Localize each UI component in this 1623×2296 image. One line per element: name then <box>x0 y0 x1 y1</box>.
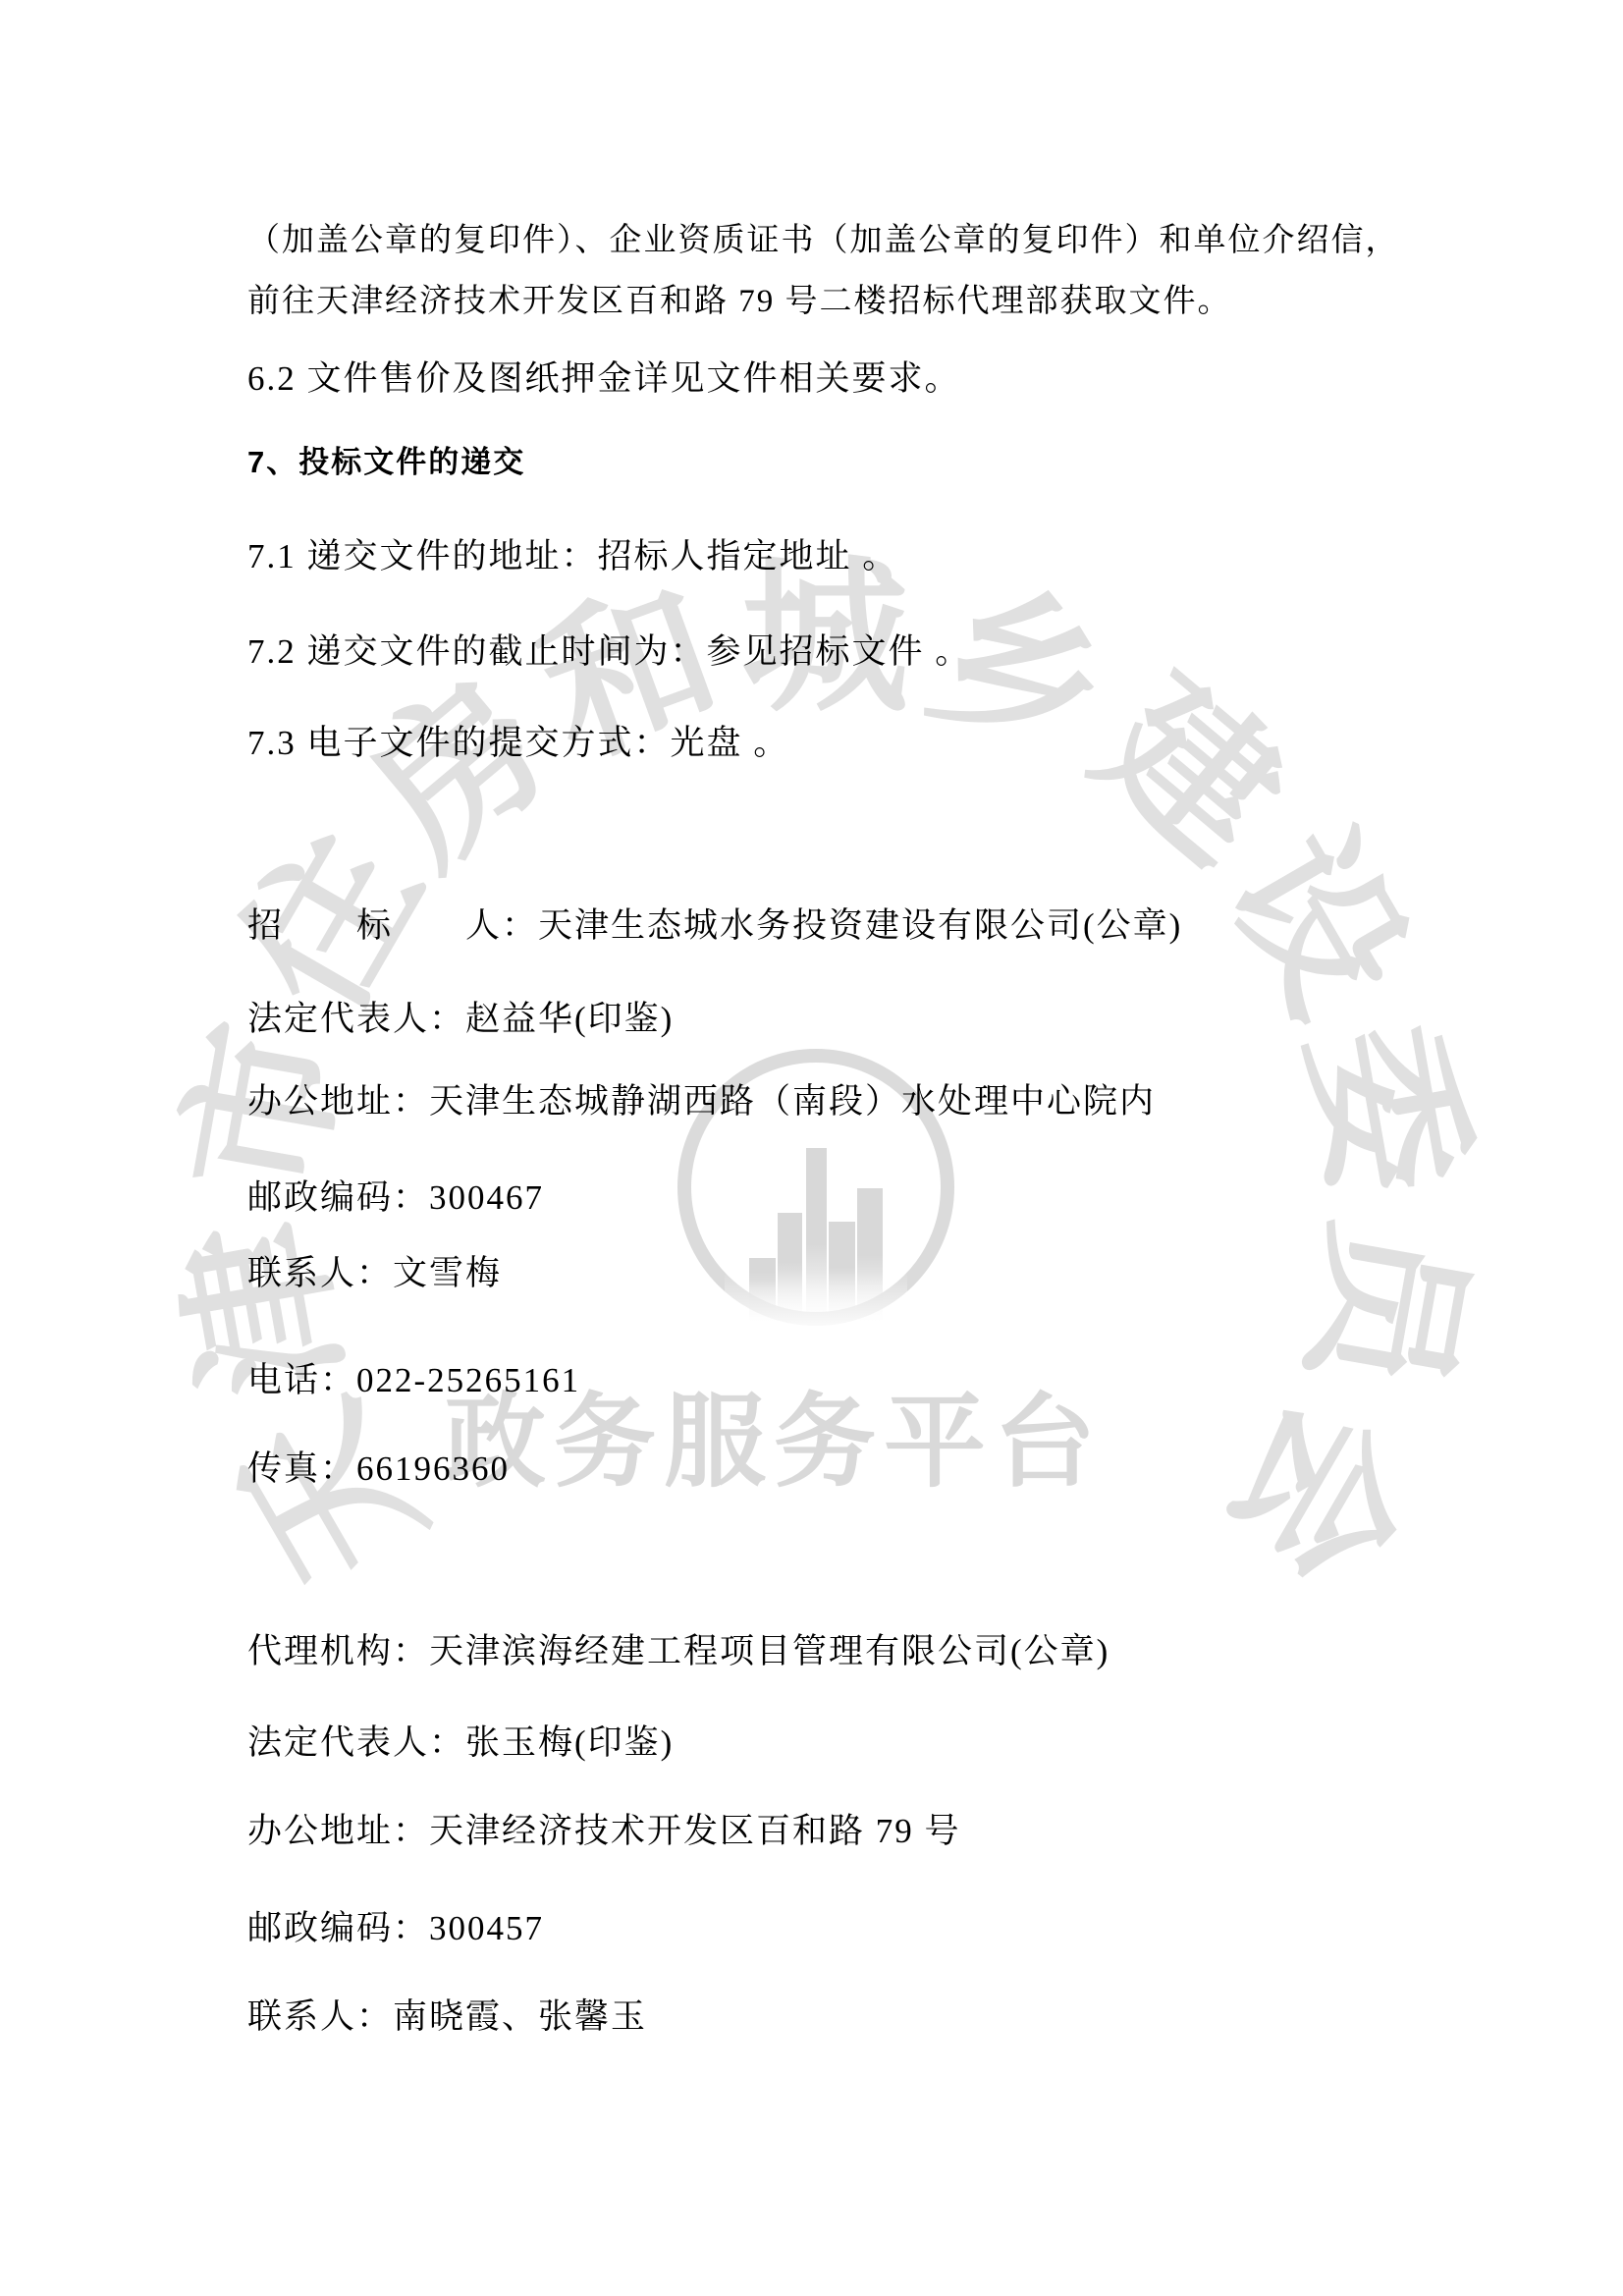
line-phone: 电话：022-25265161 <box>247 1359 580 1402</box>
line-cert-copy: （加盖公章的复印件）、企业资质证书（加盖公章的复印件）和单位介绍信， <box>247 221 1400 261</box>
building-fade <box>725 1272 907 1345</box>
seal-watermark: 天津市住房和城乡建设委员会 政务服务平台 <box>0 0 1623 2296</box>
seal-arc-char: 天 <box>218 1379 446 1607</box>
line-7-3: 7.3 电子文件的提交方式：光盘 。 <box>247 722 789 765</box>
line-7-2: 7.2 递交文件的截止时间为：参见招标文件 。 <box>247 630 971 674</box>
line-venue: 前往天津经济技术开发区百和路 79 号二楼招标代理部获取文件。 <box>247 282 1232 322</box>
document-page: 天津市住房和城乡建设委员会 政务服务平台 （加盖公章的复印件）、企业资质证书（加… <box>0 0 1623 2296</box>
platform-watermark-text: 政务服务平台 <box>444 1387 1104 1499</box>
line-6-2: 6.2 文件售价及图纸押金详见文件相关要求。 <box>247 357 961 401</box>
line-contact-1: 联系人：文雪梅 <box>247 1252 502 1295</box>
line-legal-rep-2: 法定代表人：张玉梅(印鉴) <box>247 1722 674 1765</box>
seal-arc-char: 员 <box>1289 1210 1483 1403</box>
seal-arc-char: 会 <box>1204 1379 1432 1607</box>
line-office-address-1: 办公地址：天津生态城静湖西路（南段）水处理中心院内 <box>247 1080 1156 1123</box>
line-contact-2: 联系人：南晓霞、张馨玉 <box>247 1995 647 2039</box>
heading-7-submission: 7、投标文件的递交 <box>247 444 525 482</box>
line-agency: 代理机构：天津滨海经建工程项目管理有限公司(公章) <box>247 1630 1109 1673</box>
line-postcode-1: 邮政编码：300467 <box>247 1176 544 1220</box>
line-postcode-2: 邮政编码：300457 <box>247 1907 544 1950</box>
line-tenderer: 招 标 人：天津生态城水务投资建设有限公司(公章) <box>247 904 1182 948</box>
seal-arc-char: 委 <box>1289 1012 1483 1206</box>
line-office-address-2: 办公地址：天津经济技术开发区百和路 79 号 <box>247 1810 961 1853</box>
line-7-1: 7.1 递交文件的地址：招标人指定地址 。 <box>247 535 898 578</box>
line-fax: 传真：66196360 <box>247 1448 510 1491</box>
line-legal-rep-1: 法定代表人：赵益华(印鉴) <box>247 998 674 1041</box>
